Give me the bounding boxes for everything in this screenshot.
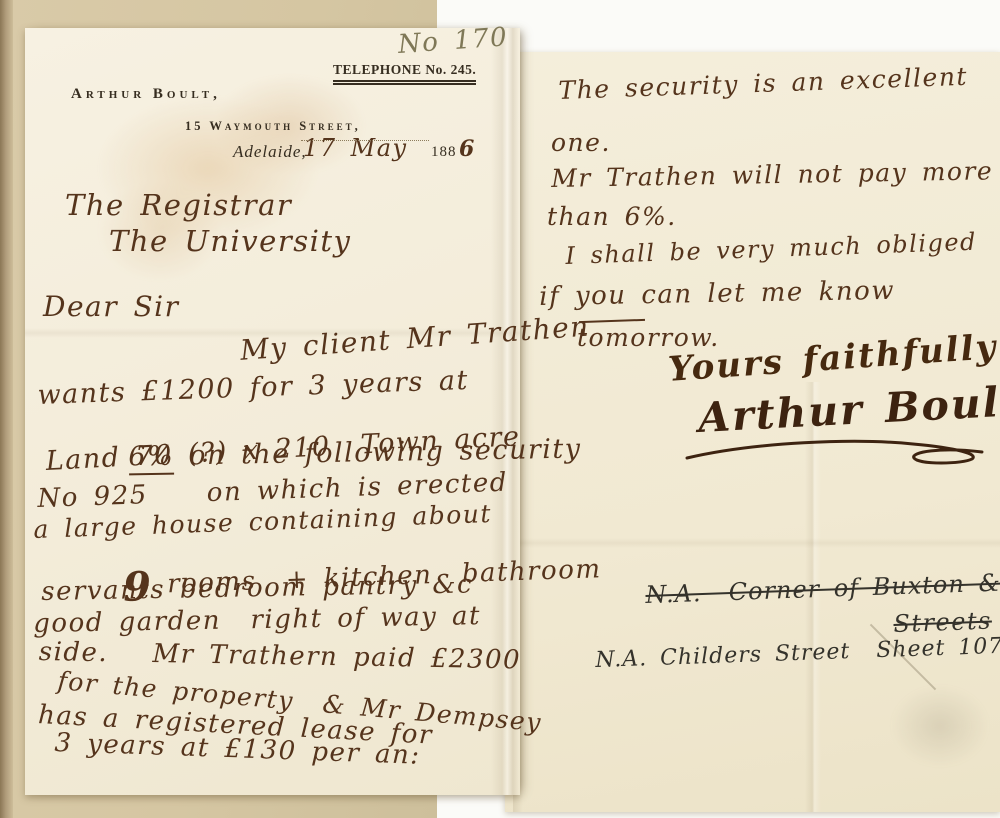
signature-flourish: [685, 436, 985, 466]
handwritten-line: good garden right of way at: [33, 601, 481, 639]
paper-smudge: [875, 672, 1000, 792]
annotation-line: N.A. Childers Street Sheet 107: [595, 634, 1000, 673]
handwritten-line: if you can let me know: [539, 276, 895, 312]
letter-scan: The security is an excellent one. Mr Tra…: [0, 0, 1000, 818]
handwritten-line: I shall be very much obliged: [565, 228, 977, 270]
letter-page-left: No 170 TELEPHONE No. 245. Arthur Boult, …: [25, 28, 520, 795]
salutation: Dear Sir: [43, 290, 180, 323]
year-handwritten: 6: [459, 136, 476, 162]
letterhead-address: 15 Waymouth Street,: [185, 119, 361, 134]
handwritten-line: wants £1200 for 3 years at: [37, 365, 469, 411]
year-printed: 188: [431, 144, 457, 161]
recipient-line: The University: [109, 224, 351, 258]
letterhead-place: Adelaide,: [233, 142, 307, 162]
archive-number: No 170: [397, 22, 509, 60]
letterhead-telephone: TELEPHONE No. 245.: [333, 62, 476, 85]
struck-annotation: Streets: [893, 607, 992, 638]
date-rule: [301, 140, 429, 141]
recipient-line: The Registrar: [65, 188, 292, 222]
handwritten-line: The security is an excellent: [558, 62, 968, 105]
book-spine-edge: [0, 0, 13, 818]
letterhead-name: Arthur Boult,: [71, 86, 221, 103]
handwritten-line: Mr Trathen will not pay more: [551, 156, 993, 193]
handwritten-line: one.: [551, 128, 611, 157]
struck-annotation: N.A. Corner of Buxton & Hill: [645, 566, 1000, 609]
signature: Arthur Boult: [697, 377, 1000, 442]
handwritten-line: than 6%.: [547, 202, 677, 231]
date-handwritten: 17 May: [303, 134, 408, 162]
